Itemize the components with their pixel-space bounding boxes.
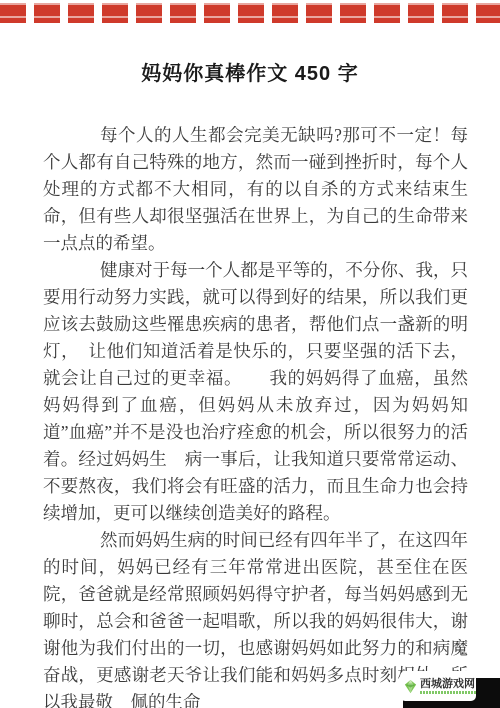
site-name: 西城游戏网	[420, 678, 473, 690]
essay-body: 每个人的人生都会完美无缺吗?那可不一定！每个人都有自己特殊的地方，然而一碰到挫折…	[43, 122, 468, 708]
watermark-chip: 西城游戏网	[400, 671, 476, 701]
site-watermark[interactable]: 西城游戏网	[400, 671, 500, 708]
watermark-text-group: 西城游戏网	[420, 678, 473, 694]
page-title: 妈妈你真棒作文 450 字	[0, 57, 500, 86]
decorative-top-border	[0, 3, 500, 23]
site-logo-gem-icon	[403, 679, 418, 694]
site-tagline-micro-text	[420, 691, 476, 694]
document-page: 妈妈你真棒作文 450 字 每个人的人生都会完美无缺吗?那可不一定！每个人都有自…	[0, 0, 500, 708]
essay-paragraph-1: 每个人的人生都会完美无缺吗?那可不一定！每个人都有自己特殊的地方，然而一碰到挫折…	[43, 122, 468, 257]
essay-paragraph-2: 健康对于每一个人都是平等的，不分你、我，只要用行动努力实践，就可以得到好的结果，…	[43, 257, 468, 527]
